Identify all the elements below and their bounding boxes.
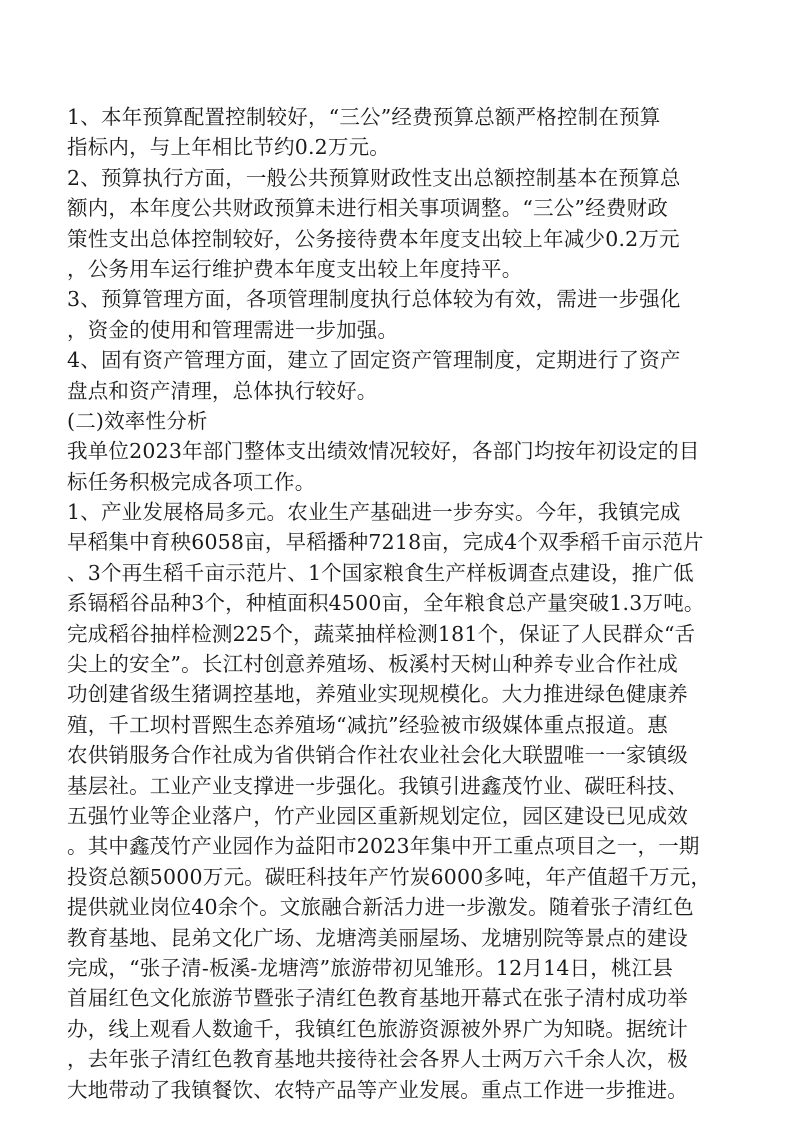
text-line: 完成稻谷抽样检测225个，蔬菜抽样检测181个，保证了人民群众“舌 [67, 619, 727, 649]
text-line: 尖上的安全”。长江村创意养殖场、板溪村天树山种养专业合作社成 [67, 649, 727, 679]
text-line: 我单位2023年部门整体支出绩效情况较好，各部门均按年初设定的目 [67, 436, 727, 466]
text-line: 早稻集中育秧6058亩，早稻播种7218亩，完成4个双季稻千亩示范片 [67, 527, 727, 557]
text-line: 殖，千工坝村晋熙生态养殖场“减抗”经验被市级媒体重点报道。惠 [67, 710, 727, 740]
text-line: 农供销服务合作社成为省供销合作社农业社会化大联盟唯一一家镇级 [67, 740, 727, 770]
text-line: 系镉稻谷品种3个，种植面积4500亩，全年粮食总产量突破1.3万吨。 [67, 588, 727, 618]
text-line: 。其中鑫茂竹产业园作为益阳市2023年集中开工重点项目之一，一期 [67, 831, 727, 861]
document-page: 1、本年预算配置控制较好，“三公”经费预算总额严格控制在预算 指标内，与上年相比… [67, 102, 727, 1105]
text-line: 盘点和资产清理，总体执行较好。 [67, 376, 727, 406]
text-line: 首届红色文化旅游节暨张子清红色教育基地开幕式在张子清村成功举 [67, 983, 727, 1013]
text-line: 3、预算管理方面，各项管理制度执行总体较为有效，需进一步强化 [67, 284, 727, 314]
text-line: 功创建省级生猪调控基地，养殖业实现规模化。大力推进绿色健康养 [67, 679, 727, 709]
text-line: 2、预算执行方面，一般公共预算财政性支出总额控制基本在预算总 [67, 163, 727, 193]
text-line: 1、产业发展格局多元。农业生产基础进一步夯实。今年，我镇完成 [67, 497, 727, 527]
text-line: ，公务用车运行维护费本年度支出较上年度持平。 [67, 254, 727, 284]
text-line: ，资金的使用和管理需进一步加强。 [67, 315, 727, 345]
text-line: 1、本年预算配置控制较好，“三公”经费预算总额严格控制在预算 [67, 102, 727, 132]
text-line: 五强竹业等企业落户，竹产业园区重新规划定位，园区建设已见成效 [67, 801, 727, 831]
text-line: 基层社。工业产业支撑进一步强化。我镇引进鑫茂竹业、碳旺科技、 [67, 771, 727, 801]
text-line: 教育基地、昆弟文化广场、龙塘湾美丽屋场、龙塘别院等景点的建设 [67, 923, 727, 953]
text-line: 标任务积极完成各项工作。 [67, 467, 727, 497]
text-line: 指标内，与上年相比节约0.2万元。 [67, 132, 727, 162]
text-line: 办，线上观看人数逾千，我镇红色旅游资源被外界广为知晓。据统计 [67, 1014, 727, 1044]
text-line: 大地带动了我镇餐饮、农特产品等产业发展。重点工作进一步推进。 [67, 1075, 727, 1105]
text-line: 、3个再生稻千亩示范片、1个国家粮食生产样板调查点建设，推广低 [67, 558, 727, 588]
text-line: ，去年张子清红色教育基地共接待社会各界人士两万六千余人次，极 [67, 1044, 727, 1074]
text-line: 提供就业岗位40余个。文旅融合新活力进一步激发。随着张子清红色 [67, 892, 727, 922]
text-line: 额内，本年度公共财政预算未进行相关事项调整。“三公”经费财政 [67, 193, 727, 223]
text-line: 4、固有资产管理方面，建立了固定资产管理制度，定期进行了资产 [67, 345, 727, 375]
text-line: 策性支出总体控制较好，公务接待费本年度支出较上年减少0.2万元 [67, 224, 727, 254]
text-line: 投资总额5000万元。碳旺科技年产竹炭6000多吨，年产值超千万元， [67, 862, 727, 892]
text-line: 完成，“张子清-板溪-龙塘湾”旅游带初见雏形。12月14日，桃江县 [67, 953, 727, 983]
section-heading: (二)效率性分析 [67, 406, 727, 436]
